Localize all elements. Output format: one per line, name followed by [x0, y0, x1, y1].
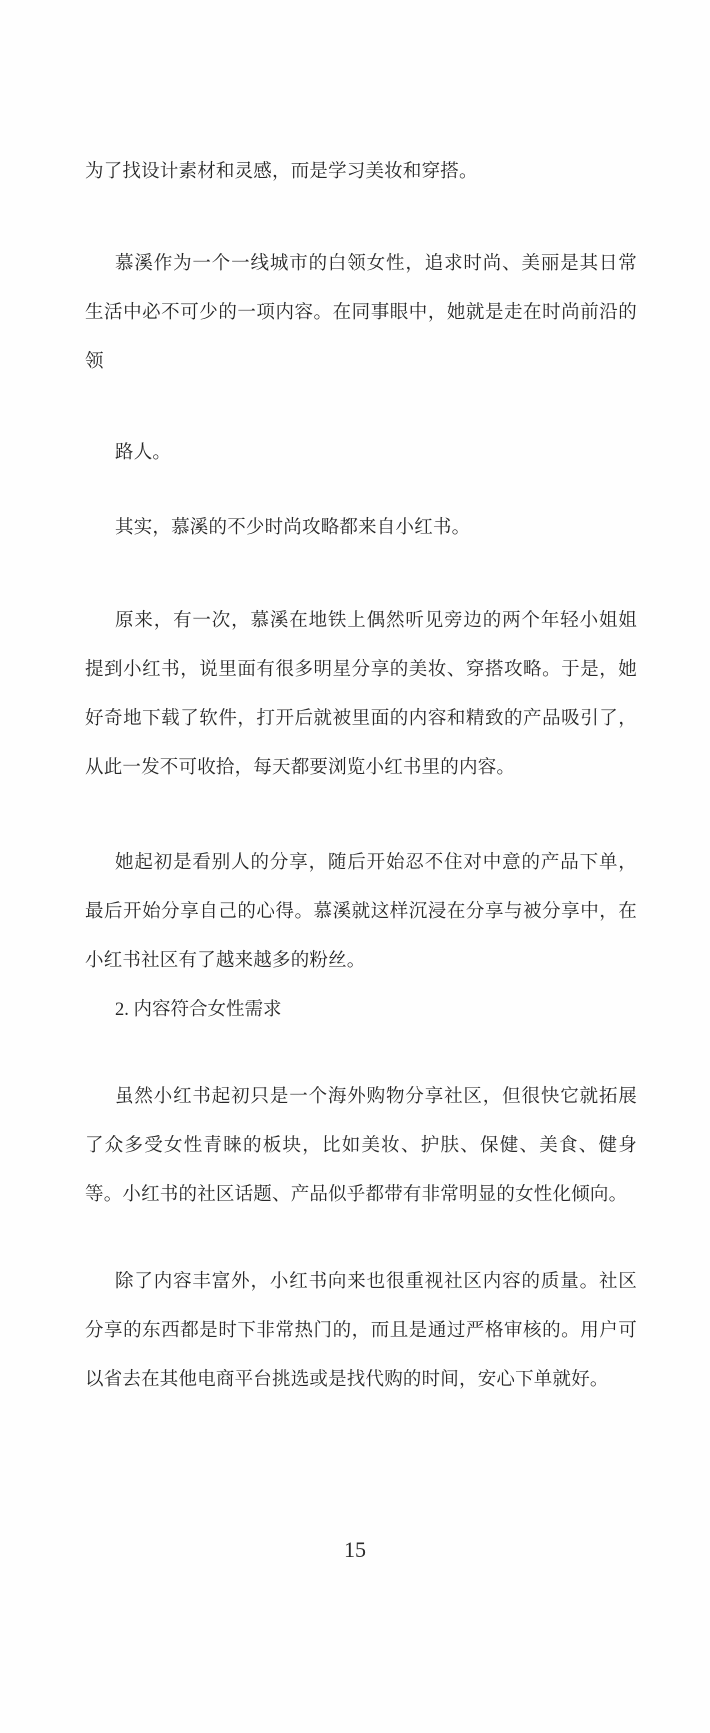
- paragraph: 其实，慕溪的不少时尚攻略都来自小红书。: [85, 504, 637, 553]
- section-heading: 2. 内容符合女性需求: [85, 986, 637, 1035]
- paragraph: 她起初是看别人的分享，随后开始忍不住对中意的产品下单，最后开始分享自己的心得。慕…: [85, 839, 637, 986]
- paragraph-continuation: 为了找设计素材和灵感，而是学习美妆和穿搭。: [85, 148, 637, 197]
- page-number: 15: [0, 1536, 710, 1564]
- paragraph: 慕溪作为一个一线城市的白领女性，追求时尚、美丽是其日常生活中必不可少的一项内容。…: [85, 240, 637, 387]
- paragraph: 除了内容丰富外，小红书向来也很重视社区内容的质量。社区分享的东西都是时下非常热门…: [85, 1258, 637, 1405]
- paragraph: 虽然小红书起初只是一个海外购物分享社区，但很快它就拓展了众多受女性青睐的板块，比…: [85, 1073, 637, 1220]
- document-page: 为了找设计素材和灵感，而是学习美妆和穿搭。 慕溪作为一个一线城市的白领女性，追求…: [0, 0, 710, 1733]
- paragraph: 原来，有一次，慕溪在地铁上偶然听见旁边的两个年轻小姐姐提到小红书，说里面有很多明…: [85, 597, 637, 793]
- paragraph-fragment: 路人。: [85, 429, 637, 478]
- text-column: 为了找设计素材和灵感，而是学习美妆和穿搭。 慕溪作为一个一线城市的白领女性，追求…: [85, 148, 637, 1564]
